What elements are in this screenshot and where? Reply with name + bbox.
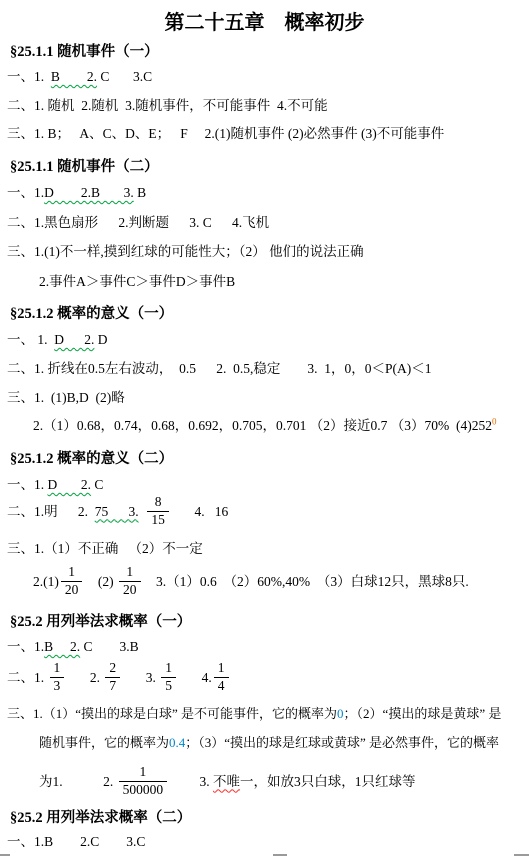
answer-line: 三、1.(1)不一样,摸到红球的可能性大；（2） 他们的说法正确 [7,243,364,260]
fraction: 27 [105,661,120,694]
page-edge-mark [0,854,10,856]
answer-text: 一，如放3只白球，1只红球等 [240,773,416,790]
red-wavy-underlined-text: 不唯 [213,773,240,790]
answer-text: 三、1.（1）“摸出的球是白球” 是不可能事件，它的概率为 [7,706,337,721]
fraction-numerator: 1 [214,661,229,678]
answer-text: B [134,185,146,200]
answer-text: 2. [66,669,103,686]
chapter-title: 第二十五章 概率初步 [0,6,529,35]
answer-text [139,503,146,520]
answer-text: 为1. 2. [39,773,117,790]
fraction: 120 [61,565,83,598]
answer-text: 二、1.明 2. [7,503,95,520]
page-edge-mark [514,854,529,856]
answer-line: 二、1. 折线在0.5左右波动， 0.5 2. 0.5,稳定 3. 1，0，0＜… [7,360,432,377]
answer-line: 二、1. 随机 2.随机 3.随机事件，不可能事件 4.不可能 [7,97,328,114]
answer-text: ；（2）“摸出的球是黄球” 是 [344,706,502,721]
fraction: 14 [214,661,229,694]
answer-line: 一、1.D 2.B 3. B [7,184,146,201]
wavy-underlined-text: D 2.B 3. [44,185,134,200]
answer-line: 一、1.B 2.C 3.C [7,833,145,850]
fraction-numerator: 1 [119,565,141,582]
answer-text: C 3.C [97,69,152,84]
wavy-underlined-text: 75 3. [95,503,139,520]
fraction-numerator: 1 [161,661,176,678]
answer-key-page: 第二十五章 概率初步 §25.1.1 随机事件（一） 一、1. B 2. C 3… [0,0,529,858]
page-edge-mark [273,854,287,856]
fraction-denominator: 15 [147,512,169,528]
wavy-underlined-text: B 2. [44,639,80,654]
answer-subline: 为1. 2. 1500000 3. 不唯一，如放3只白球，1只红球等 [39,763,416,799]
answer-subline: 2.(1)120 (2) 120 3.（1）0.6 （2）60%,40% （3）… [33,563,469,599]
answer-text: 3.（1）0.6 （2）60%,40% （3）白球12只，黑球8只. [143,573,469,590]
answer-text: ；（3）“摸出的球是红球或黄球” 是必然事件，它的概率 [185,735,499,750]
fraction-denominator: 4 [214,678,229,694]
answer-text: 随机事件，它的概率为 [39,735,169,750]
answer-text: C 3.B [80,639,139,654]
fraction-numerator: 1 [61,565,83,582]
answer-subline: 2.事件A＞事件C＞事件D＞事件B [39,273,235,290]
fraction-numerator: 2 [105,661,120,678]
answer-subline: 随机事件，它的概率为0.4；（3）“摸出的球是红球或黄球” 是必然事件，它的概率 [39,734,499,751]
answer-text: 3. [169,773,213,790]
fraction-denominator: 3 [50,678,65,694]
answer-text: 4. 16 [171,503,228,520]
section-heading-25-1-1-b: §25.1.1 随机事件（二） [10,155,159,176]
wavy-underlined-text: D 2. [54,332,94,347]
fraction-denominator: 5 [161,678,176,694]
answer-text: C [91,477,103,492]
fraction-denominator: 500000 [119,782,168,798]
answer-text: D [94,332,107,347]
answer-line: 三、1.（1）不正确 （2）不一定 [7,540,203,557]
fraction-numerator: 8 [147,495,169,512]
answer-text: 3. [122,669,159,686]
answer-line: 二、1.明 2. 75 3. 815 4. 16 [7,493,228,529]
answer-text: 一、 1. [7,332,54,347]
answer-text: 一、1. [7,185,44,200]
answer-text: 一、1. [7,639,44,654]
fraction-numerator: 1 [119,765,168,782]
answer-text: 2.(1) [33,573,59,590]
fraction: 13 [50,661,65,694]
answer-text: 4. [178,669,212,686]
answer-text: 2.（1）0.68，0.74，0.68，0.692，0.705，0.701 （2… [33,418,492,433]
answer-line: 三、1. B； A、C、D、E； F 2.(1)随机事件 (2)必然事件 (3)… [7,125,444,142]
answer-text: 一、1. [7,477,48,492]
answer-text: (2) [84,573,117,590]
fraction: 15 [161,661,176,694]
section-heading-25-1-2-a: §25.1.2 概率的意义（一） [10,302,173,323]
fraction: 1500000 [119,765,168,798]
answer-line: 一、 1. D 2. D [7,331,108,348]
section-heading-25-1-2-b: §25.1.2 概率的意义（二） [10,447,173,468]
answer-text: 一、1. [7,69,51,84]
fraction-denominator: 20 [61,582,83,598]
highlighted-answer: 0.4 [169,735,185,750]
answer-line: 一、1.B 2. C 3.B [7,638,139,655]
fraction-denominator: 20 [119,582,141,598]
fraction: 120 [119,565,141,598]
section-heading-25-2-a: §25.2 用列举法求概率（一） [10,610,191,631]
wavy-underlined-text: D 2. [48,477,92,492]
wavy-underlined-text: B 2. [51,69,97,84]
fraction: 815 [147,495,169,528]
answer-line: 一、1. D 2. C [7,476,103,493]
answer-line: 一、1. B 2. C 3.C [7,68,152,85]
answer-text: 二、1. [7,669,48,686]
section-heading-25-1-1-a: §25.1.1 随机事件（一） [10,40,159,61]
answer-line: 三、1. (1)B,D (2)略 [7,389,125,406]
fraction-denominator: 7 [105,678,120,694]
section-heading-25-2-b: §25.2 用列举法求概率（二） [10,806,191,827]
degree-superscript: 0 [492,417,497,427]
answer-line: 二、1.黑色扇形 2.判断题 3. C 4.飞机 [7,214,269,231]
answer-subline: 2.（1）0.68，0.74，0.68，0.692，0.705，0.701 （2… [33,417,497,434]
fraction-numerator: 1 [50,661,65,678]
answer-line: 三、1.（1）“摸出的球是白球” 是不可能事件，它的概率为0；（2）“摸出的球是… [7,705,501,722]
answer-line: 二、1. 13 2. 27 3. 15 4.14 [7,659,231,695]
